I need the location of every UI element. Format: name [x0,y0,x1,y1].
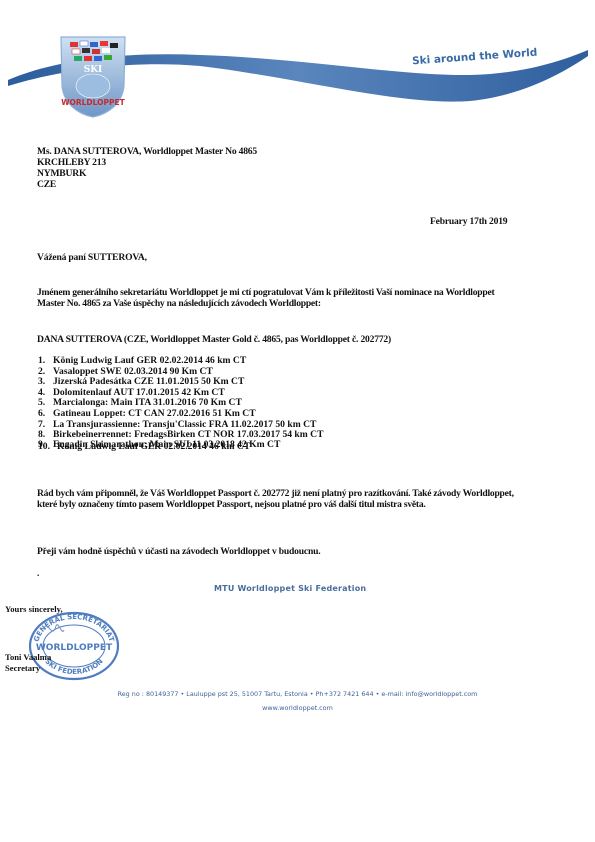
race-item: 10.König Ludwig Lauf GER 02.02.2014 46 k… [38,442,324,453]
signer-name: Toni Vaalma [5,652,51,662]
stray-dot: . [37,568,39,579]
svg-text:WORLDLOPPET: WORLDLOPPET [61,98,125,107]
svg-text:SKI: SKI [84,65,103,75]
intro-paragraph: Jménem generálního sekretariátu Worldlop… [37,287,517,309]
federation-name: MTU Worldloppet Ski Federation [214,584,366,593]
recipient-city: NYMBURK [37,168,86,179]
race-item: 1.König Ludwig Lauf GER 02.02.2014 46 km… [38,356,324,367]
secretariat-stamp-icon: GENERAL SECRETARIAT SKI FEDERATION WORLD… [28,610,120,682]
wishes-line: Přeji vám hodně úspěchů v účasti na závo… [37,546,320,557]
race-item: 6.Gatineau Loppet: CT CAN 27.02.2016 51 … [38,409,324,420]
signer-title: Secretary [5,663,40,673]
salutation: Vážená paní SUTTEROVA, [37,252,147,263]
footer-website-link[interactable]: www.worldloppet.com [0,704,595,712]
recipient-street: KRCHLEBY 213 [37,157,106,168]
footer-address: Reg no : 80149377 • Lauluppe pst 25, 510… [0,690,595,698]
race-list: 1.König Ludwig Lauf GER 02.02.2014 46 km… [38,356,324,453]
passport-paragraph: Rád bych vám připomněl, že Váš Worldlopp… [37,488,527,510]
skier-summary: DANA SUTTEROVA (CZE, Worldloppet Master … [37,334,391,345]
worldloppet-logo-icon: SKI WORLDLOPPET [58,34,128,118]
recipient-country: CZE [37,179,56,190]
letter-date: February 17th 2019 [430,216,507,227]
recipient-name: Ms. DANA SUTTEROVA, Worldloppet Master N… [37,146,257,157]
letterhead: Ski around the World SKI WORLDLOPPET [0,0,595,120]
